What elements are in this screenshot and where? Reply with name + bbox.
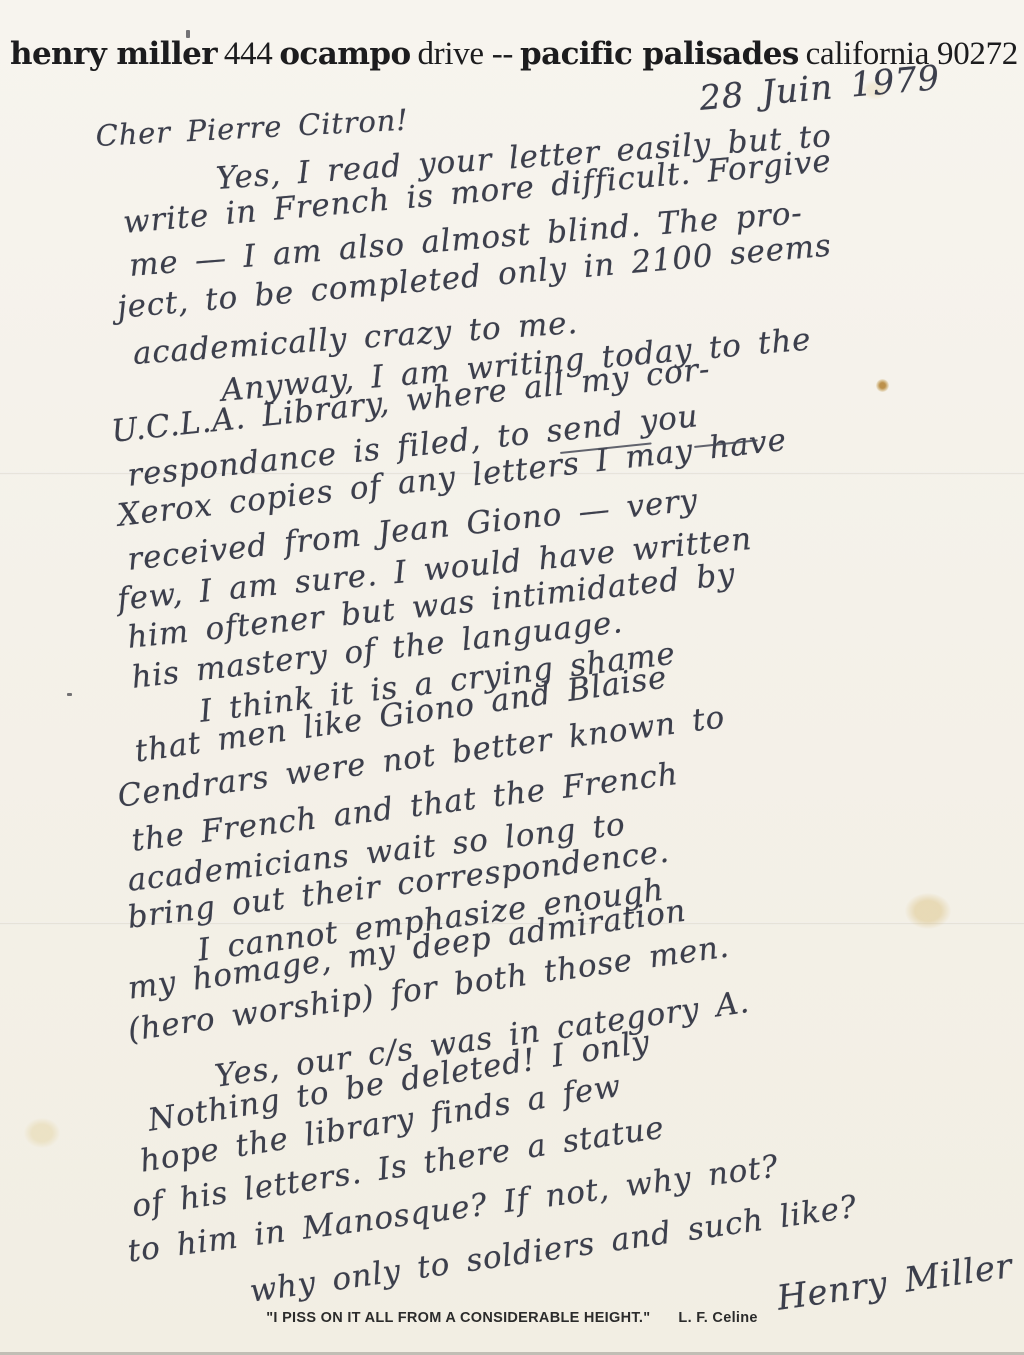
letterhead-street-suffix: drive -- — [417, 36, 513, 73]
letterhead-name: henry miller — [10, 36, 217, 72]
ink-speck — [186, 30, 190, 38]
footer-quote: "I PISS ON IT ALL FROM A CONSIDERABLE HE… — [266, 1310, 650, 1326]
letterhead-street-number: 444 — [224, 36, 273, 73]
footer-attribution: L. F. Celine — [678, 1310, 757, 1326]
paper-stain — [24, 1118, 60, 1148]
letterhead-city: pacific palisades — [520, 36, 799, 72]
paper-stain — [876, 379, 889, 392]
letter-page: henry miller 444 ocampo drive -- pacific… — [0, 0, 1024, 1355]
footer: "I PISS ON IT ALL FROM A CONSIDERABLE HE… — [0, 1310, 1024, 1326]
ink-speck — [67, 693, 72, 696]
salutation: Cher Pierre Citron! — [95, 106, 409, 151]
signature: Henry Miller — [775, 1249, 1015, 1316]
paper-stain — [905, 893, 951, 929]
letterhead-street: ocampo — [279, 36, 410, 72]
